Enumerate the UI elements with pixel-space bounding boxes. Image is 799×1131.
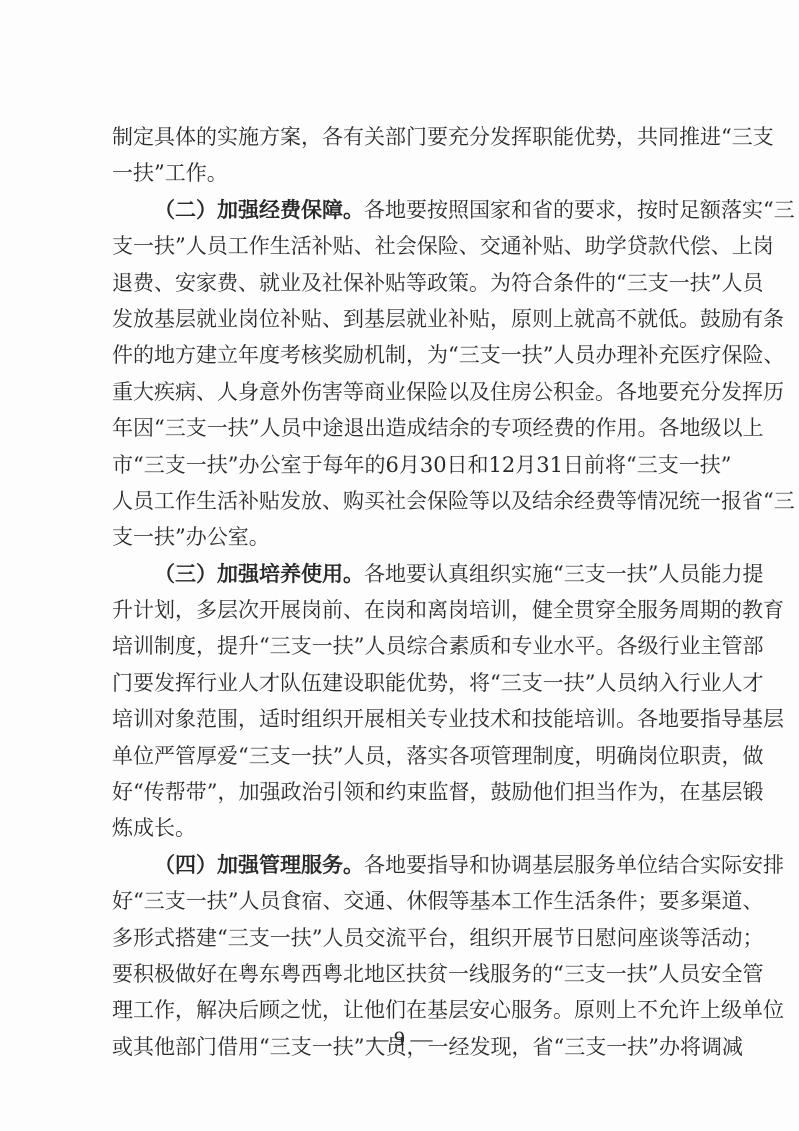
text-span: 各地要按照国家和省的要求，按时足额落实“三 bbox=[364, 198, 795, 222]
text-line: 发放基层就业岗位补贴、到基层就业补贴，原则上就高不就低。鼓励有条 bbox=[112, 301, 702, 337]
text-line: 件的地方建立年度考核奖励机制，为“三支一扶”人员办理补充医疗保险、 bbox=[112, 337, 702, 373]
text-span: 各地要认真组织实施“三支一扶”人员能力提 bbox=[364, 562, 763, 586]
text-line: 退费、安家费、就业及社保补贴等政策。为符合条件的“三支一扶”人员 bbox=[112, 265, 702, 301]
text-line: 支一扶”办公室。 bbox=[112, 519, 702, 555]
text-line: 培训制度，提升“三支一扶”人员综合素质和专业水平。各级行业主管部 bbox=[112, 628, 702, 664]
text-line: 单位严管厚爱“三支一扶”人员，落实各项管理制度，明确岗位职责，做 bbox=[112, 738, 702, 774]
text-line: 人员工作生活补贴发放、购买社会保险等以及结余经费等情况统一报省“三 bbox=[112, 483, 702, 519]
section-heading: （三）加强培养使用。 bbox=[154, 562, 364, 586]
section-heading-line: （三）加强培养使用。各地要认真组织实施“三支一扶”人员能力提 bbox=[112, 556, 702, 592]
text-line: 市“三支一扶”办公室于每年的6月30日和12月31日前将“三支一扶” bbox=[112, 447, 702, 483]
text-line: 一扶”工作。 bbox=[112, 155, 702, 191]
text-line: 要积极做好在粤东粤西粤北地区扶贫一线服务的“三支一扶”人员安全管 bbox=[112, 956, 702, 992]
section-heading-line: （四）加强管理服务。各地要指导和协调基层服务单位结合实际安排 bbox=[112, 847, 702, 883]
text-line: 好“传帮带”，加强政治引领和约束监督，鼓励他们担当作为，在基层锻 bbox=[112, 774, 702, 810]
section-heading: （二）加强经费保障。 bbox=[154, 198, 364, 222]
text-line: 炼成长。 bbox=[112, 810, 702, 846]
section-heading: （四）加强管理服务。 bbox=[154, 853, 364, 877]
text-line: 培训对象范围，适时组织开展相关专业技术和技能培训。各地要指导基层 bbox=[112, 701, 702, 737]
text-line: 门要发挥行业人才队伍建设职能优势，将“三支一扶”人员纳入行业人才 bbox=[112, 665, 702, 701]
text-line: 重大疾病、人身意外伤害等商业保险以及住房公积金。各地要充分发挥历 bbox=[112, 374, 702, 410]
text-line: 理工作，解决后顾之忧，让他们在基层安心服务。原则上不允许上级单位 bbox=[112, 992, 702, 1028]
text-line: 好“三支一扶”人员食宿、交通、休假等基本工作生活条件；要多渠道、 bbox=[112, 883, 702, 919]
section-heading-line: （二）加强经费保障。各地要按照国家和省的要求，按时足额落实“三 bbox=[112, 192, 702, 228]
text-line: 多形式搭建“三支一扶”人员交流平台，组织开展节日慰问座谈等活动； bbox=[112, 920, 702, 956]
page-number: — 9 — bbox=[0, 1026, 799, 1052]
text-span: 各地要指导和协调基层服务单位结合实际安排 bbox=[364, 853, 784, 877]
text-line: 升计划，多层次开展岗前、在岗和离岗培训，健全贯穿全服务周期的教育 bbox=[112, 592, 702, 628]
document-body: 制定具体的实施方案，各有关部门要充分发挥职能优势，共同推进“三支 一扶”工作。 … bbox=[112, 119, 702, 1065]
text-line: 支一扶”人员工作生活补贴、社会保险、交通补贴、助学贷款代偿、上岗 bbox=[112, 228, 702, 264]
text-line: 年因“三支一扶”人员中途退出造成结余的专项经费的作用。各地级以上 bbox=[112, 410, 702, 446]
text-line: 制定具体的实施方案，各有关部门要充分发挥职能优势，共同推进“三支 bbox=[112, 119, 702, 155]
